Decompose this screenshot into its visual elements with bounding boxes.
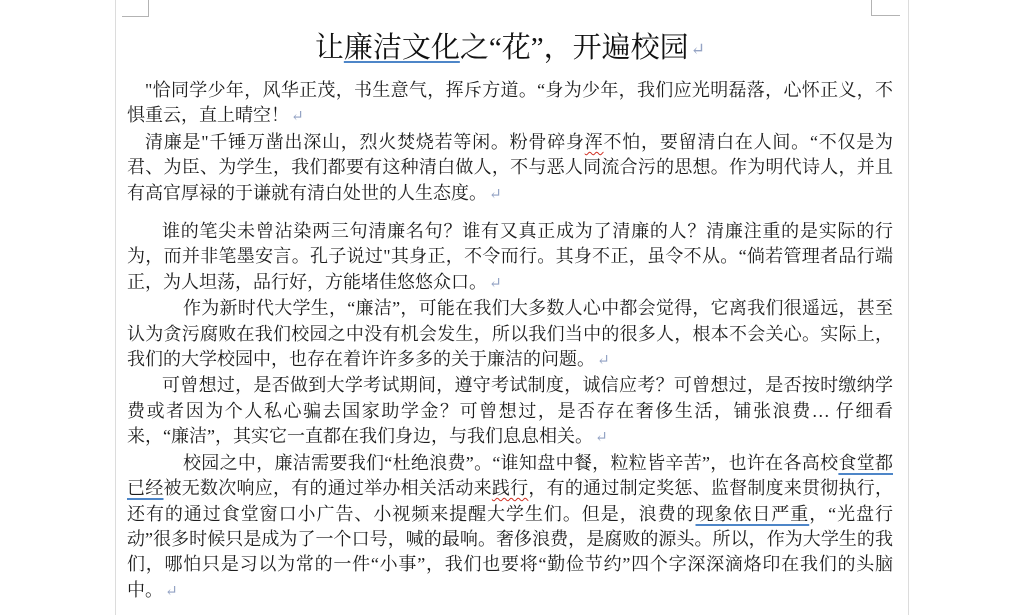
text-run[interactable]: 可曾想过，是否做到大学考试期间，遵守考试制度，诚信应考？可曾想过，是否按时缴纳学… bbox=[127, 375, 893, 446]
document-text-area[interactable]: 让廉洁文化之“花”，开遍校园↵ "恰同学少年，风华正茂，书生意气，挥斥方道。“身… bbox=[127, 0, 893, 604]
page-left-edge bbox=[115, 0, 116, 615]
document-body[interactable]: "恰同学少年，风华正茂，书生意气，挥斥方道。“身为少年，我们应光明磊落，心怀正义… bbox=[127, 78, 893, 604]
text-run[interactable]: 作为新时代大学生，“廉洁”，可能在我们大多数人心中都会觉得，它离我们很遥远，甚至… bbox=[127, 298, 893, 369]
word-processor-page: 让廉洁文化之“花”，开遍校园↵ "恰同学少年，风华正茂，书生意气，挥斥方道。“身… bbox=[0, 0, 1024, 615]
paragraph-mark: ↵ bbox=[593, 429, 608, 446]
text-run[interactable]: 让 bbox=[315, 32, 344, 64]
grammar-flag-run[interactable]: 廉洁文化 bbox=[344, 32, 460, 64]
paragraph[interactable]: 校园之中，廉洁需要我们“杜绝浪费”。“谁知盘中餐，粒粒皆辛苦”，也许在各高校食堂… bbox=[127, 451, 893, 604]
paragraph[interactable]: "恰同学少年，风华正茂，书生意气，挥斥方道。“身为少年，我们应光明磊落，心怀正义… bbox=[127, 78, 893, 130]
text-run[interactable]: 被无数次响应，有的通过举办相关活动来 bbox=[164, 478, 492, 498]
paragraph-mark: ↵ bbox=[163, 583, 178, 600]
paragraph-mark: ↵ bbox=[689, 39, 706, 59]
paragraph-mark: ↵ bbox=[595, 352, 610, 369]
document-title[interactable]: 让廉洁文化之“花”，开遍校园↵ bbox=[127, 25, 893, 66]
paragraph-mark: ↵ bbox=[487, 186, 502, 203]
paragraph[interactable]: 谁的笔尖未曾沾染两三句清廉名句？谁有又真正成为了清廉的人？清廉注重的是实际的行为… bbox=[127, 219, 893, 296]
paragraph[interactable]: 可曾想过，是否做到大学考试期间，遵守考试制度，诚信应考？可曾想过，是否按时缴纳学… bbox=[127, 373, 893, 450]
paragraph[interactable]: 清廉是"千锤万凿出深山，烈火焚烧若等闲。粉骨碎身浑不怕，要留清白在人间。“不仅是… bbox=[127, 130, 893, 207]
text-run[interactable]: 校园之中，廉洁需要我们“杜绝浪费”。“谁知盘中餐，粒粒皆辛苦”，也许在各高校 bbox=[183, 453, 838, 473]
spelling-error-run[interactable]: 浑 bbox=[585, 132, 604, 152]
grammar-flag-run[interactable]: 现象依日严重 bbox=[696, 504, 810, 524]
paragraph-mark: ↵ bbox=[289, 108, 304, 125]
text-run[interactable]: "恰同学少年，风华正茂，书生意气，挥斥方道。“身为少年，我们应光明磊落，心怀正义… bbox=[127, 80, 893, 125]
text-run[interactable]: 之“花”，开遍校园 bbox=[460, 32, 689, 64]
paragraph-mark: ↵ bbox=[487, 275, 502, 292]
paragraph[interactable]: 作为新时代大学生，“廉洁”，可能在我们大多数人心中都会觉得，它离我们很遥远，甚至… bbox=[127, 296, 893, 373]
text-run[interactable]: 谁的笔尖未曾沾染两三句清廉名句？谁有又真正成为了清廉的人？清廉注重的是实际的行为… bbox=[127, 221, 893, 292]
spelling-error-run[interactable]: 践行 bbox=[492, 478, 529, 498]
text-run[interactable]: 清廉是"千锤万凿出深山，烈火焚烧若等闲。粉骨碎身 bbox=[145, 132, 585, 152]
page-right-edge bbox=[908, 0, 909, 615]
